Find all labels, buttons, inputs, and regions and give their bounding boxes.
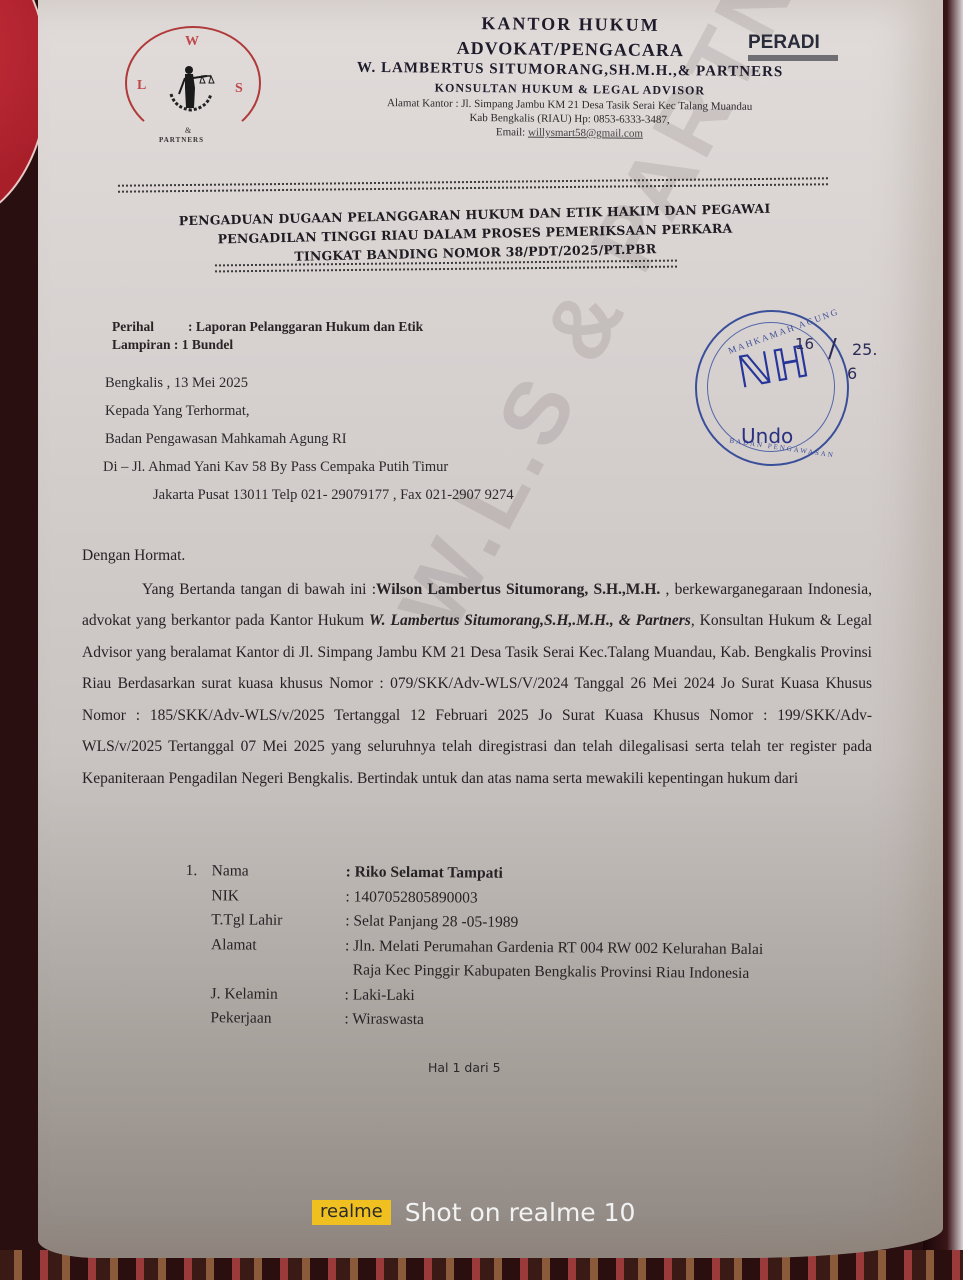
- logo-letter-s: S: [235, 81, 243, 97]
- party-number: [185, 884, 211, 909]
- page-number: Hal 1 dari 5: [428, 1060, 501, 1075]
- handwritten-name: Undo: [741, 424, 793, 448]
- logo-ampersand: &: [185, 126, 191, 135]
- email-link[interactable]: willysmart58@gmail.com: [528, 127, 643, 140]
- salutation: Kepada Yang Terhormat,: [105, 402, 514, 430]
- realme-logo: realme: [312, 1200, 391, 1225]
- shot-on-text: Shot on realme 10: [405, 1198, 636, 1227]
- party-field-label: Nama: [212, 859, 346, 885]
- receipt-stamp: MAHKAMAH AGUNG BADAN PENGAWASAN ℕℍ Undo: [695, 310, 849, 466]
- party-field-label: J. Kelamin: [210, 982, 344, 1008]
- greeting: Dengan Hormat.: [82, 540, 872, 572]
- party-field-label: T.Tgl Lahir: [211, 908, 345, 934]
- party-field-label: Pekerjaan: [210, 1006, 344, 1032]
- recipient-block: Bengkalis , 13 Mei 2025 Kepada Yang Terh…: [105, 374, 514, 514]
- place-date: Bengkalis , 13 Mei 2025: [105, 374, 514, 402]
- lampiran-value: : 1 Bundel: [174, 337, 233, 352]
- party-number: [184, 1006, 210, 1031]
- letterhead-firm-name: W. LAMBERTUS SITUMORANG,SH.M.H.,& PARTNE…: [290, 59, 850, 82]
- body-text-2: , Konsultan Hukum & Legal Advisor yang b…: [82, 612, 872, 787]
- logo-partners: PARTNERS: [159, 136, 204, 144]
- handwritten-slash: /: [828, 334, 837, 364]
- party-field-label: NIK: [211, 884, 345, 910]
- handwritten-date-day: 16: [795, 335, 814, 353]
- party-number: [184, 981, 210, 1006]
- party-number: 1.: [186, 859, 212, 884]
- camera-watermark: realme Shot on realme 10: [312, 1198, 635, 1227]
- perihal-value: : Laporan Pelanggaran Hukum dan Etik: [188, 319, 423, 334]
- body-paragraph: Yang Bertanda tangan di bawah ini :Wilso…: [82, 574, 872, 795]
- party-number: [185, 957, 211, 982]
- handwritten-date-c: 6: [847, 364, 857, 383]
- letterhead: KANTOR HUKUM ADVOKAT/PENGACARA W. LAMBER…: [289, 11, 850, 142]
- recipient-name: Badan Pengawasan Mahkamah Agung RI: [105, 430, 514, 458]
- recipient-address-2: Jakarta Pusat 13011 Telp 021- 29079177 ,…: [105, 486, 514, 514]
- signer-name: Wilson Lambertus Situmorang, S.H.,M.H.: [376, 581, 660, 598]
- firm-logo: W L S & PARTNERS: [125, 26, 260, 146]
- party-details: 1.Nama: Riko Selamat TampatiNIK: 1407052…: [184, 859, 873, 1036]
- letter-body: Dengan Hormat. Yang Bertanda tangan di b…: [82, 540, 872, 794]
- party-number: [185, 932, 211, 957]
- lampiran-row: Lampiran : 1 Bundel: [112, 336, 423, 354]
- party-field-label: [211, 957, 345, 983]
- perihal-row: Perihal: Laporan Pelanggaran Hukum dan E…: [112, 318, 423, 336]
- peradi-logo: PERADI: [748, 32, 838, 61]
- party-field-label: Alamat: [211, 933, 345, 959]
- firm-name: W. Lambertus Situmorang,S.H,.M.H., & Par…: [369, 612, 691, 629]
- intro-text: Yang Bertanda tangan di bawah ini :: [142, 581, 376, 598]
- party-number: [185, 908, 211, 933]
- perihal-label: Perihal: [112, 318, 188, 336]
- lady-justice-icon: [167, 64, 215, 112]
- logo-letter-l: L: [137, 78, 146, 94]
- party-field-value: : Wiraswasta: [344, 1007, 864, 1036]
- email-label: Email:: [496, 126, 525, 138]
- logo-letter-w: W: [185, 34, 199, 50]
- lampiran-label: Lampiran: [112, 337, 171, 352]
- letter-meta: Perihal: Laporan Pelanggaran Hukum dan E…: [112, 318, 423, 354]
- handwritten-date-b: 25.: [852, 340, 877, 359]
- recipient-address-1: Di – Jl. Ahmad Yani Kav 58 By Pass Cempa…: [103, 458, 514, 486]
